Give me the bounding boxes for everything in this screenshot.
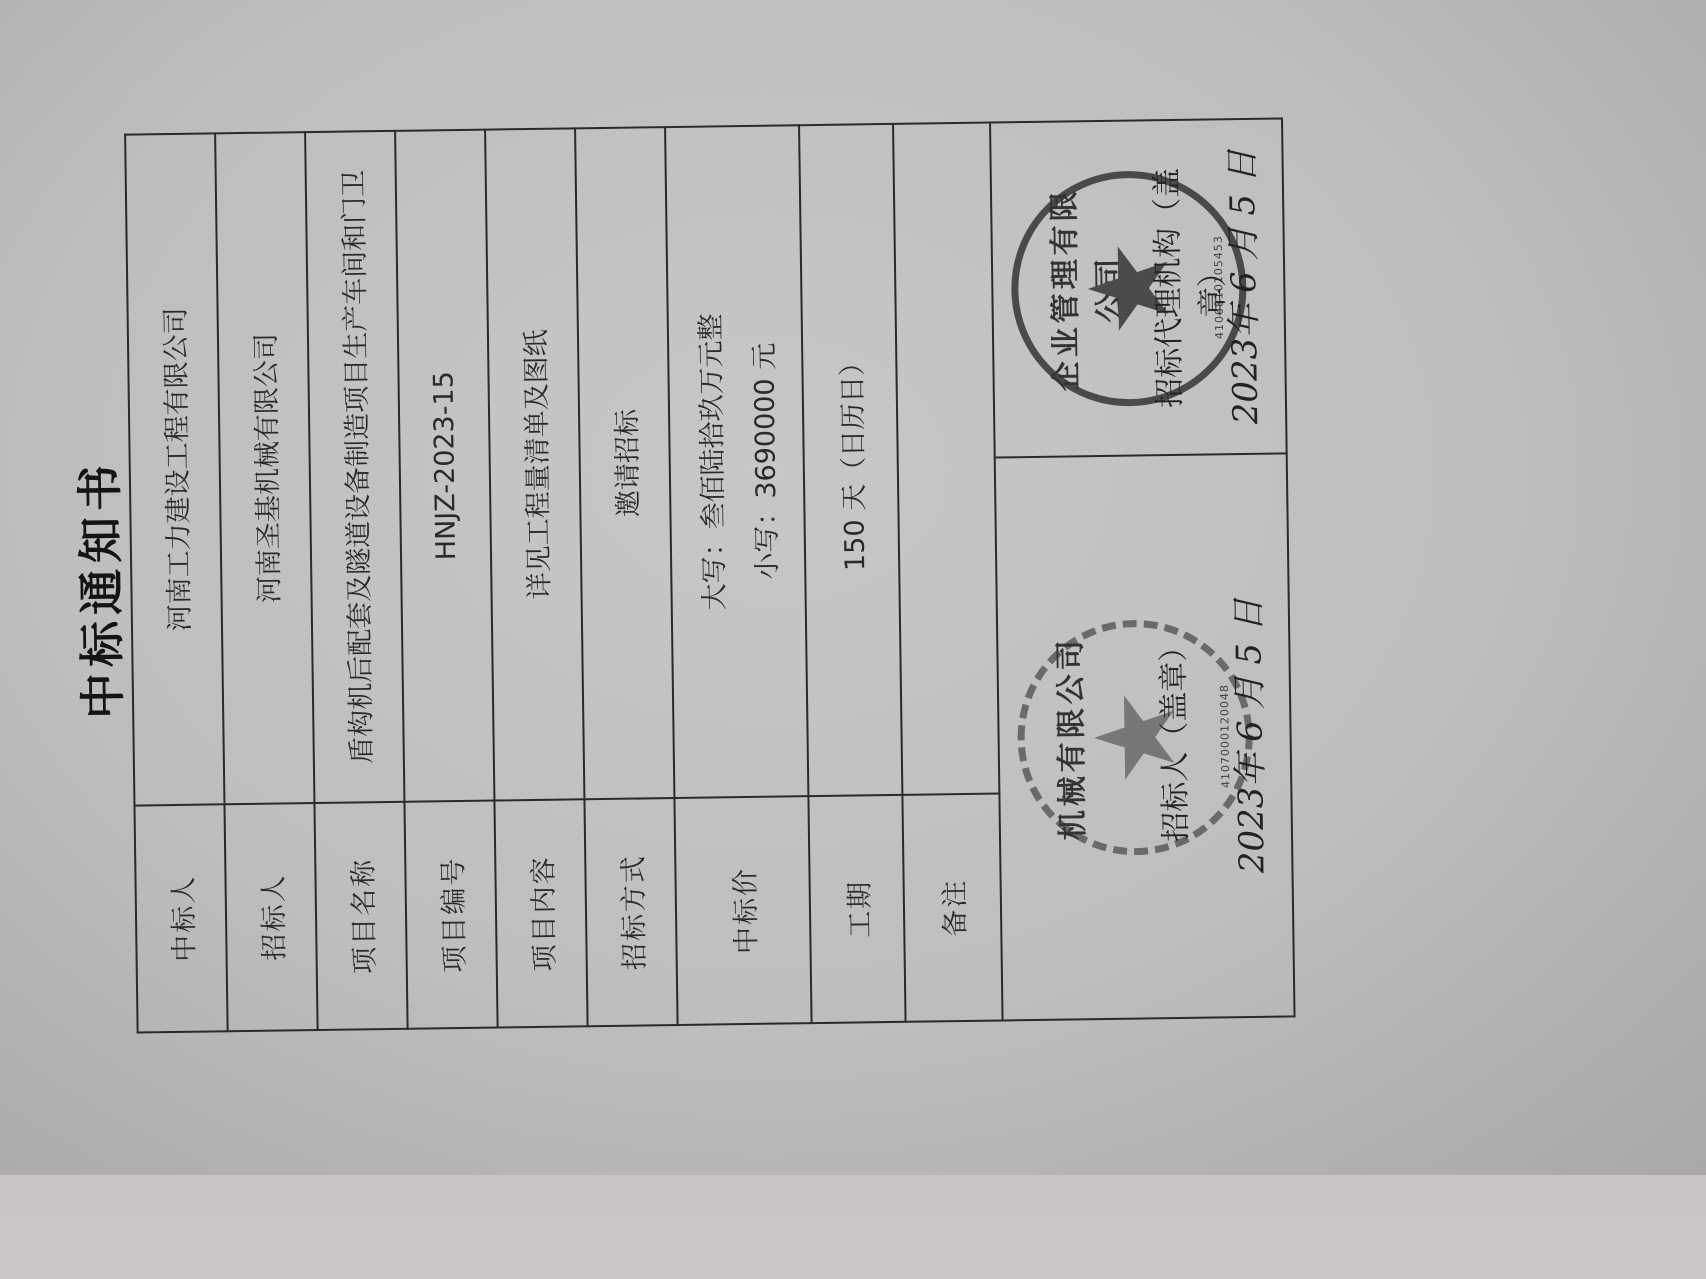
row-label-period: 工期	[808, 795, 905, 1023]
row-value-period: 150 天（日历日）	[799, 124, 902, 796]
signature-date: 2023年 6 月 5 日	[1219, 475, 1275, 996]
row-label-project-name: 项目名称	[314, 802, 407, 1030]
row-value-remarks	[893, 123, 999, 795]
row-value-tenderer: 河南圣基机械有限公司	[215, 132, 314, 804]
signature-agent: 企业管理有限公司 ★ 4106810105453 招标代理机构（盖章） 2023…	[990, 118, 1287, 458]
tenderer-stamp: 机械有限公司 ★ 4107000120048	[1016, 618, 1254, 856]
table-row: 工期 150 天（日历日）	[799, 124, 906, 1023]
row-value-project-content: 详见工程量清单及图纸	[485, 128, 584, 800]
table-row: 项目内容 详见工程量清单及图纸	[485, 128, 588, 1027]
price-uppercase: 大写：叁佰陆拾玖万元整	[686, 137, 734, 786]
row-value-price: 大写：叁佰陆拾玖万元整 小写：3690000 元	[665, 125, 808, 798]
row-label-tenderer: 招标人	[224, 803, 317, 1031]
row-label-tender-method: 招标方式	[584, 798, 677, 1026]
price-lowercase-prefix: 小写：	[751, 498, 783, 579]
row-value-winner: 河南工力建设工程有限公司	[125, 133, 224, 805]
table-row: 中标价 大写：叁佰陆拾玖万元整 小写：3690000 元	[665, 125, 812, 1025]
price-lowercase-value: 3690000 元	[749, 343, 782, 499]
signature-date: 2023年 6 月 5 日	[1214, 140, 1267, 434]
table-row: 备注	[893, 123, 1003, 1022]
table-row: 招标方式 邀请招标	[575, 127, 678, 1026]
table-row: 招标人 河南圣基机械有限公司	[215, 132, 318, 1031]
row-label-remarks: 备注	[902, 793, 1002, 1021]
table-row: 项目名称 盾构机后配套及隧道设备制造项目生产车间和门卫	[305, 131, 408, 1030]
price-uppercase-value: 叁佰陆拾玖万元整	[696, 313, 730, 529]
row-value-project-number: HNJZ-2023-15	[395, 130, 494, 802]
price-uppercase-prefix: 大写：	[699, 529, 731, 610]
row-value-project-name: 盾构机后配套及隧道设备制造项目生产车间和门卫	[305, 131, 404, 803]
price-lowercase: 小写：3690000 元	[739, 136, 787, 785]
notice-table: 中标人 河南工力建设工程有限公司 招标人 河南圣基机械有限公司 项目名称 盾构机…	[124, 117, 1295, 1033]
row-label-price: 中标价	[674, 796, 811, 1025]
row-label-project-number: 项目编号	[404, 801, 497, 1029]
row-value-tender-method: 邀请招标	[575, 127, 674, 799]
row-label-project-content: 项目内容	[494, 799, 587, 1027]
signature-label: 招标人（盖章）	[1146, 486, 1197, 987]
bid-award-notice: 中标通知书 中标人 河南工力建设工程有限公司 招标人 河南圣基机械有限公司 项目…	[18, 33, 1293, 1130]
table-row: 中标人 河南工力建设工程有限公司	[125, 133, 228, 1032]
table-row: 项目编号 HNJZ-2023-15	[395, 130, 498, 1029]
signature-tenderer: 机械有限公司 ★ 4107000120048 招标人（盖章） 2023年 6 月…	[995, 454, 1295, 1021]
signature-row: 机械有限公司 ★ 4107000120048 招标人（盖章） 2023年 6 月…	[990, 118, 1295, 1020]
row-label-winner: 中标人	[134, 804, 227, 1032]
